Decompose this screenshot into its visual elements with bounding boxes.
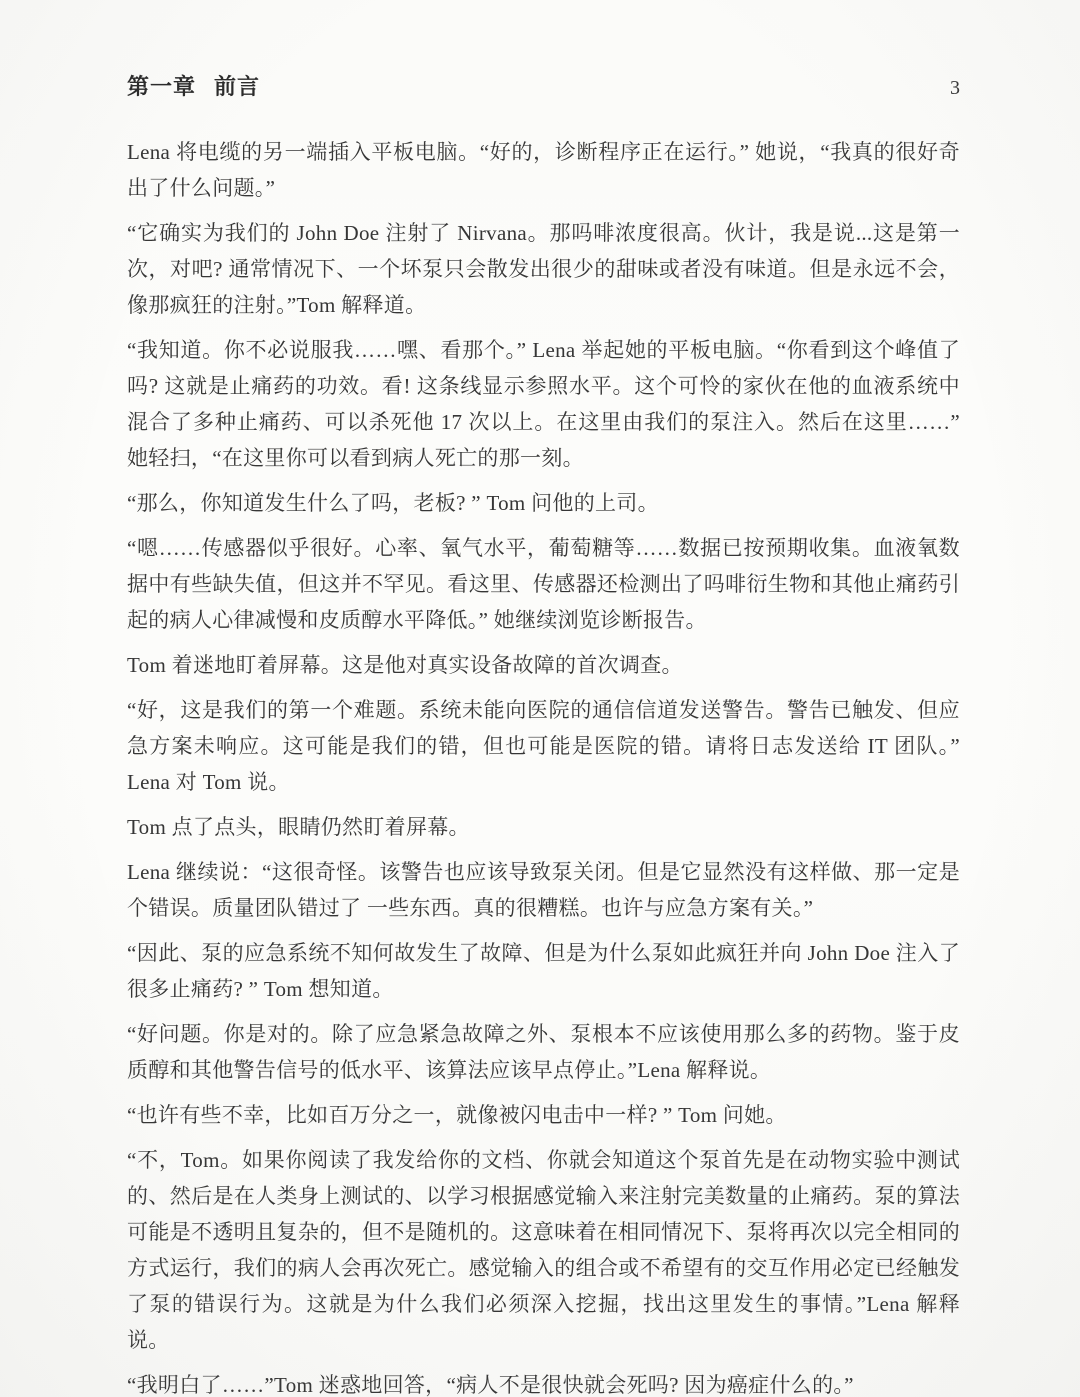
book-page: 第一章前言 3 Lena 将电缆的另一端插入平板电脑。“好的，诊断程序正在运行。… [0, 0, 1080, 1397]
paragraph: “我知道。你不必说服我……嘿、看那个。” Lena 举起她的平板电脑。“你看到这… [127, 332, 960, 476]
paragraph: “也许有些不幸，比如百万分之一，就像被闪电击中一样? ” Tom 问她。 [127, 1097, 960, 1133]
paragraph: Tom 着迷地盯着屏幕。这是他对真实设备故障的首次调查。 [127, 647, 960, 683]
paragraph: Lena 将电缆的另一端插入平板电脑。“好的，诊断程序正在运行。” 她说，“我真… [127, 134, 960, 206]
section-title: 前言 [214, 74, 260, 99]
body-text: Lena 将电缆的另一端插入平板电脑。“好的，诊断程序正在运行。” 她说，“我真… [127, 134, 960, 1397]
running-header: 第一章前言 3 [127, 70, 960, 101]
paragraph: “我明白了……”Tom 迷惑地回答，“病人不是很快就会死吗? 因为癌症什么的。” [127, 1367, 960, 1397]
paragraph: “好问题。你是对的。除了应急紧急故障之外、泵根本不应该使用那么多的药物。鉴于皮质… [127, 1016, 960, 1088]
paragraph: Tom 点了点头，眼睛仍然盯着屏幕。 [127, 809, 960, 845]
paragraph: “不，Tom。如果你阅读了我发给你的文档、你就会知道这个泵首先是在动物实验中测试… [127, 1142, 960, 1358]
paragraph: “因此、泵的应急系统不知何故发生了故障、但是为什么泵如此疯狂并向 John Do… [127, 935, 960, 1007]
chapter-label: 第一章 [127, 74, 196, 99]
paragraph: Lena 继续说：“这很奇怪。该警告也应该导致泵关闭。但是它显然没有这样做、那一… [127, 854, 960, 926]
chapter-heading: 第一章前言 [127, 70, 260, 101]
paragraph: “那么，你知道发生什么了吗，老板? ” Tom 问他的上司。 [127, 485, 960, 521]
page-number: 3 [950, 77, 960, 100]
paragraph: “它确实为我们的 John Doe 注射了 Nirvana。那吗啡浓度很高。伙计… [127, 215, 960, 323]
paragraph: “嗯……传感器似乎很好。心率、氧气水平，葡萄糖等……数据已按预期收集。血液氧数据… [127, 530, 960, 638]
paragraph: “好，这是我们的第一个难题。系统未能向医院的通信信道发送警告。警告已触发、但应急… [127, 692, 960, 800]
